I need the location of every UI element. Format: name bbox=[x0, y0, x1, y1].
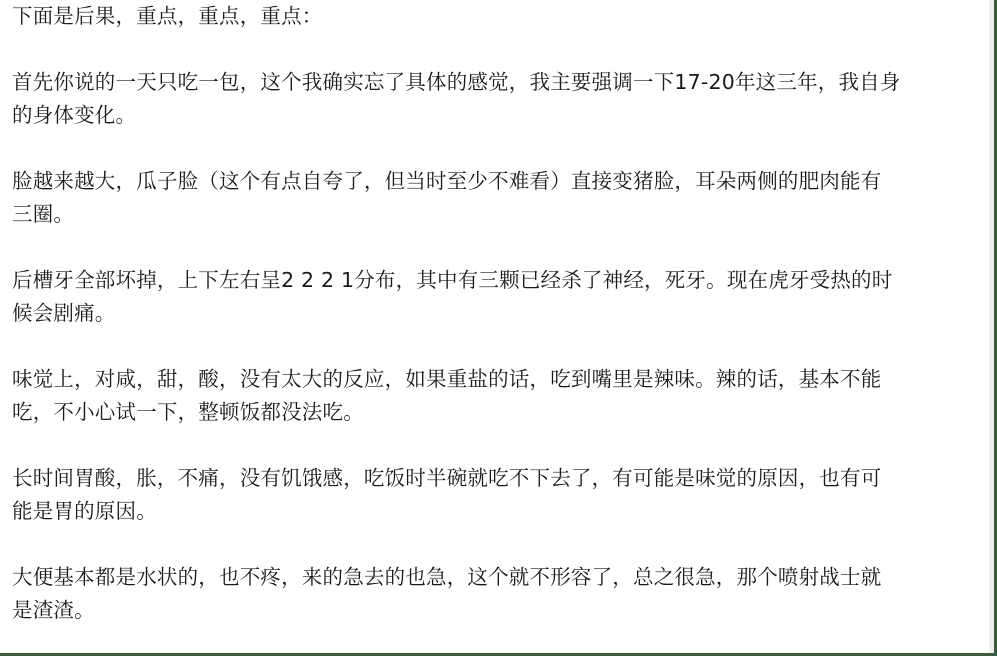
text-line: 吃，不小心试一下，整顿饭都没法吃。 bbox=[12, 396, 972, 429]
paragraph-intro: 下面是后果，重点，重点，重点： bbox=[12, 0, 972, 33]
text-line: 味觉上，对咸，甜，酸，没有太大的反应，如果重盐的话，吃到嘴里是辣味。辣的话，基本… bbox=[12, 363, 972, 396]
text-line: 是渣渣。 bbox=[12, 594, 972, 627]
document-body: 下面是后果，重点，重点，重点： 首先你说的一天只吃一包，这个我确实忘了具体的感觉… bbox=[12, 0, 972, 656]
text-line: 下面是后果，重点，重点，重点： bbox=[12, 0, 972, 33]
paragraph-digestion: 大便基本都是水状的，也不疼，来的急去的也急，这个就不形容了，总之很急，那个喷射战… bbox=[12, 561, 972, 627]
text-line: 候会剧痛。 bbox=[12, 297, 972, 330]
paragraph-daily-consumption: 首先你说的一天只吃一包，这个我确实忘了具体的感觉，我主要强调一下17-20年这三… bbox=[12, 66, 972, 132]
text-line: 长时间胃酸，胀，不痛，没有饥饿感，吃饭时半碗就吃不下去了，有可能是味觉的原因，也… bbox=[12, 462, 972, 495]
paragraph-teeth: 后槽牙全部坏掉，上下左右呈2 2 2 1分布，其中有三颗已经杀了神经，死牙。现在… bbox=[12, 264, 972, 330]
text-line: 能是胃的原因。 bbox=[12, 495, 972, 528]
text-line: 脸越来越大，瓜子脸（这个有点自夸了，但当时至少不难看）直接变猪脸，耳朵两侧的肥肉… bbox=[12, 165, 972, 198]
document-page: 下面是后果，重点，重点，重点： 首先你说的一天只吃一包，这个我确实忘了具体的感觉… bbox=[0, 0, 989, 653]
text-line: 首先你说的一天只吃一包，这个我确实忘了具体的感觉，我主要强调一下17-20年这三… bbox=[12, 66, 972, 99]
paragraph-stomach: 长时间胃酸，胀，不痛，没有饥饿感，吃饭时半碗就吃不下去了，有可能是味觉的原因，也… bbox=[12, 462, 972, 528]
paragraph-taste: 味觉上，对咸，甜，酸，没有太大的反应，如果重盐的话，吃到嘴里是辣味。辣的话，基本… bbox=[12, 363, 972, 429]
paragraph-face: 脸越来越大，瓜子脸（这个有点自夸了，但当时至少不难看）直接变猪脸，耳朵两侧的肥肉… bbox=[12, 165, 972, 231]
text-line: 大便基本都是水状的，也不疼，来的急去的也急，这个就不形容了，总之很急，那个喷射战… bbox=[12, 561, 972, 594]
text-line: 后槽牙全部坏掉，上下左右呈2 2 2 1分布，其中有三颗已经杀了神经，死牙。现在… bbox=[12, 264, 972, 297]
text-line: 三圈。 bbox=[12, 198, 972, 231]
text-line: 的身体变化。 bbox=[12, 99, 972, 132]
